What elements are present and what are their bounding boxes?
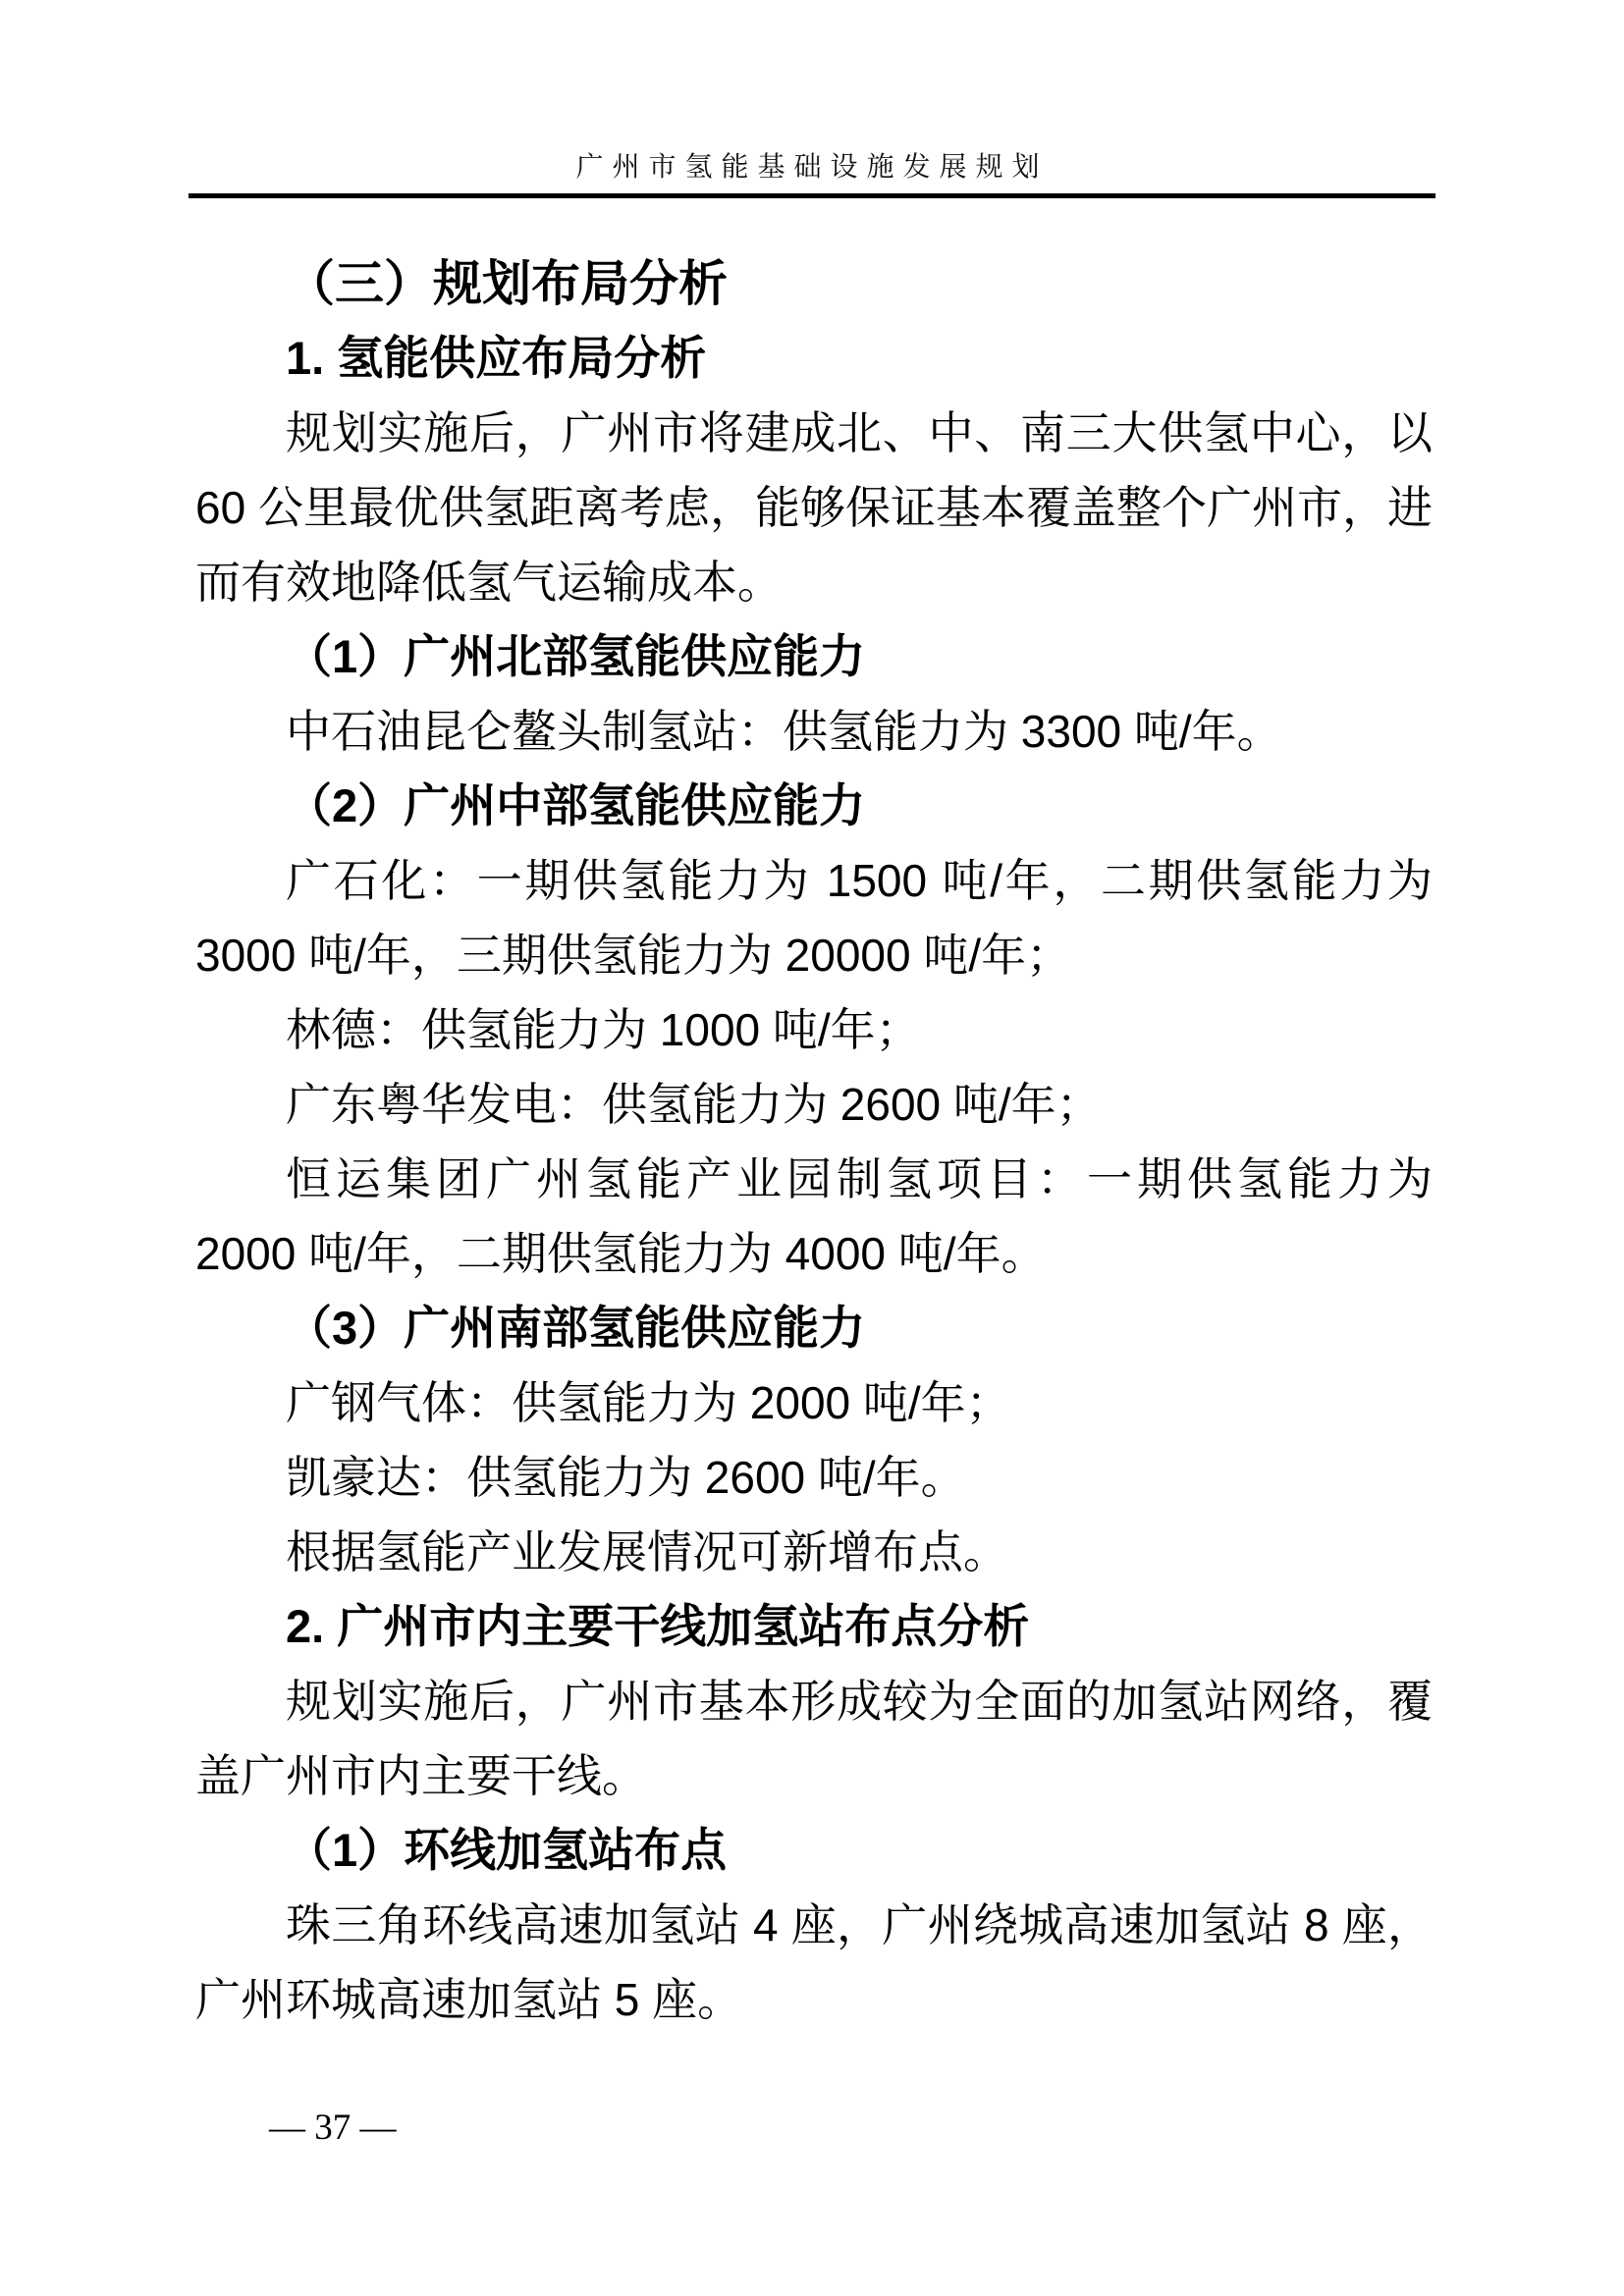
heading-central-guangzhou-supply-capacity: （2）广州中部氢能供应能力 (195, 769, 1433, 843)
paragraph-kaihaoda-capacity: 凯豪达：供氢能力为 2600 吨/年。 (195, 1440, 1433, 1515)
paragraph-guanggang-gas-capacity: 广钢气体：供氢能力为 2000 吨/年； (195, 1365, 1433, 1440)
paragraph-ring-road-station-counts: 珠三角环线高速加氢站 4 座，广州绕城高速加氢站 8 座，广州环城高速加氢站 5… (195, 1888, 1433, 2037)
paragraph-linde-capacity: 林德：供氢能力为 1000 吨/年； (195, 992, 1433, 1067)
paragraph-station-network-overview: 规划实施后，广州市基本形成较为全面的加氢站网络，覆盖广州市内主要干线。 (195, 1664, 1433, 1813)
heading-1-hydrogen-supply-layout-analysis: 1. 氢能供应布局分析 (195, 321, 1433, 396)
heading-section-three-planning-layout-analysis: （三）规划布局分析 (195, 246, 1433, 321)
heading-2-main-trunk-line-station-analysis: 2. 广州市内主要干线加氢站布点分析 (195, 1589, 1433, 1664)
document-body: （三）规划布局分析 1. 氢能供应布局分析 规划实施后，广州市将建成北、中、南三… (195, 246, 1433, 2037)
paragraph-additional-sites-note: 根据氢能产业发展情况可新增布点。 (195, 1515, 1433, 1589)
heading-south-guangzhou-supply-capacity: （3）广州南部氢能供应能力 (195, 1291, 1433, 1365)
paragraph-guangshihua-capacity: 广石化：一期供氢能力为 1500 吨/年，二期供氢能力为 3000 吨/年，三期… (195, 843, 1433, 992)
page-header-title: 广州市氢能基础设施发展规划 (0, 145, 1624, 185)
paragraph-supply-centers-overview: 规划实施后，广州市将建成北、中、南三大供氢中心，以 60 公里最优供氢距离考虑，… (195, 396, 1433, 619)
heading-north-guangzhou-supply-capacity: （1）广州北部氢能供应能力 (195, 619, 1433, 694)
paragraph-hengyun-group-capacity: 恒运集团广州氢能产业园制氢项目：一期供氢能力为 2000 吨/年，二期供氢能力为… (195, 1142, 1433, 1291)
paragraph-yuehua-power-capacity: 广东粤华发电：供氢能力为 2600 吨/年； (195, 1067, 1433, 1142)
document-page: 广州市氢能基础设施发展规划 （三）规划布局分析 1. 氢能供应布局分析 规划实施… (0, 0, 1624, 2296)
header-rule (189, 193, 1435, 198)
paragraph-petrochina-kunlun-aotou-station: 中石油昆仑鳌头制氢站：供氢能力为 3300 吨/年。 (195, 694, 1433, 769)
page-number: — 37 — (269, 2107, 397, 2149)
heading-ring-road-station-layout: （1）环线加氢站布点 (195, 1813, 1433, 1888)
